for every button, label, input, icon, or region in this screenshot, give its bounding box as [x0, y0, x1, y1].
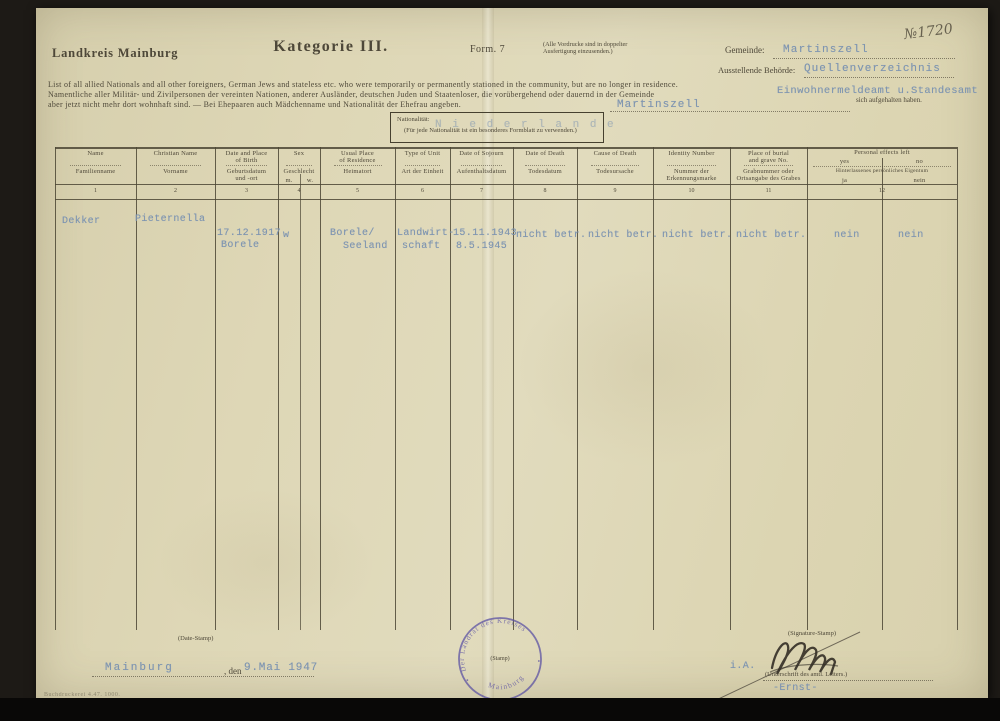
col-header-de: Familienname: [55, 168, 136, 175]
sex-w-label: w.: [300, 177, 320, 184]
table-vline: [730, 147, 731, 630]
svg-text:Der Landrat des Kreises: Der Landrat des Kreises: [450, 609, 535, 672]
col-number: 11: [730, 188, 807, 194]
sex-subdivider: [300, 174, 301, 630]
document-scan: Landkreis Mainburg Kategorie III. Form. …: [36, 8, 988, 698]
col-number: 3: [215, 188, 278, 194]
col-number: 12: [807, 188, 957, 194]
header-dotted-rule: [70, 165, 122, 166]
table-vline: [450, 147, 451, 630]
stamp-placeholder-label: (Stamp): [476, 656, 524, 662]
col-header-de: Grabnummer oder Ortsangabe des Grabes: [730, 168, 807, 183]
col-number: 1: [55, 188, 136, 194]
stamp-text-bottom: Mainburg: [485, 671, 527, 695]
col-header-en: Personal effects left: [807, 149, 957, 156]
signature-fill-line: [763, 680, 933, 681]
table-vline: [653, 147, 654, 630]
col-header-de: Nummer der Erkennungsmarke: [653, 168, 730, 183]
header-dotted-rule: [813, 166, 951, 167]
row-cell-name: Dekker: [62, 216, 100, 227]
col-number: 2: [136, 188, 215, 194]
row-cell-christian_name: Pieternella: [135, 214, 205, 225]
row-cell-residence1: Borele/: [330, 228, 375, 239]
col-header-de: Todesdatum: [513, 168, 577, 175]
col-number: 8: [513, 188, 577, 194]
col-header-en: Identity Number: [653, 150, 730, 157]
signed-name: -Ernst-: [773, 683, 818, 694]
col-header-nein: nein: [882, 177, 957, 184]
date-stamp-label: (Date-Stamp): [178, 635, 213, 642]
den-label: , den: [224, 666, 242, 676]
row-cell-unit1: Landwirt-: [397, 228, 455, 239]
signature-caption: (Unterschrift des amtl. Leiters.): [765, 671, 847, 678]
table-vline: [320, 147, 321, 630]
col-header-en: Cause of Death: [577, 150, 653, 157]
header-dotted-rule: [150, 165, 201, 166]
header-dotted-rule: [405, 165, 440, 166]
col-header-en: Place of burial and grave No.: [730, 150, 807, 165]
col-header-de: Hinterlassenes persönliches Eigentum: [807, 168, 957, 175]
table-hline: [55, 199, 957, 200]
ia-abbreviation: i.A.: [730, 661, 756, 672]
header-dotted-rule: [461, 165, 501, 166]
row-cell-effects_yes: nein: [834, 230, 860, 241]
record-table: NameFamilienname1Christian NameVorname2D…: [36, 8, 988, 698]
col-header-de: Vorname: [136, 168, 215, 175]
col-header-en: Name: [55, 150, 136, 157]
col-header-de: Art der Einheit: [395, 168, 450, 175]
col-header-ja: ja: [807, 177, 882, 184]
col-header-yes: yes: [807, 158, 882, 165]
row-cell-death_date: nicht betr.: [516, 230, 586, 241]
table-vline: [513, 147, 514, 630]
table-vline: [215, 147, 216, 630]
header-dotted-rule: [226, 165, 266, 166]
row-cell-unit2: schaft: [402, 241, 440, 252]
col-header-en: Sex: [278, 150, 320, 157]
header-dotted-rule: [591, 165, 640, 166]
svg-text:Mainburg: Mainburg: [485, 671, 527, 695]
col-header-en: Date of Sojourn: [450, 150, 513, 157]
row-cell-death_cause: nicht betr.: [588, 230, 658, 241]
row-cell-sojourn2: 8.5.1945: [456, 241, 507, 252]
stamp-text-top: Der Landrat des Kreises: [450, 609, 535, 672]
row-cell-effects_no: nein: [898, 230, 924, 241]
col-number: 9: [577, 188, 653, 194]
sex-m-label: m.: [278, 177, 300, 184]
header-dotted-rule: [667, 165, 716, 166]
col-header-de: Aufenthaltsdatum: [450, 168, 513, 175]
row-cell-identity_number: nicht betr.: [662, 230, 732, 241]
row-cell-sojourn1: 15.11.1943-: [453, 228, 523, 239]
table-vline: [577, 147, 578, 630]
col-header-no: no: [882, 158, 957, 165]
col-header-en: Date and Place of Birth: [215, 150, 278, 165]
place-date-fill-line: [92, 676, 314, 677]
table-vline: [278, 147, 279, 630]
table-vline: [807, 147, 808, 630]
col-header-en: Date of Death: [513, 150, 577, 157]
effects-subdivider: [882, 158, 883, 630]
col-header-de: Geburtsdatum und -ort: [215, 168, 278, 183]
header-dotted-rule: [286, 165, 313, 166]
col-number: 4: [278, 188, 320, 194]
official-round-stamp: Der Landrat des Kreises Mainburg: [450, 609, 550, 698]
col-header-en: Usual Place of Residence: [320, 150, 395, 165]
table-vline: [957, 147, 958, 630]
col-header-de: Heimatort: [320, 168, 395, 175]
col-number: 7: [450, 188, 513, 194]
table-vline: [55, 147, 56, 630]
row-cell-burial_place: nicht betr.: [736, 230, 806, 241]
table-vline: [395, 147, 396, 630]
col-number: 10: [653, 188, 730, 194]
col-number: 5: [320, 188, 395, 194]
col-number: 6: [395, 188, 450, 194]
col-header-en: Christian Name: [136, 150, 215, 157]
scan-edge-band: [0, 698, 1000, 721]
col-header-de: Geschlecht: [278, 168, 320, 175]
col-header-de: Todesursache: [577, 168, 653, 175]
header-dotted-rule: [334, 165, 382, 166]
row-cell-residence2: Seeland: [343, 241, 388, 252]
place-value: Mainburg: [105, 662, 174, 674]
col-header-en: Type of Unit: [395, 150, 450, 157]
row-cell-sex: w: [283, 230, 289, 241]
date-value: 9.Mai 1947: [244, 662, 318, 674]
header-dotted-rule: [525, 165, 566, 166]
header-dotted-rule: [744, 165, 793, 166]
row-cell-birth_place: Borele: [221, 240, 259, 251]
row-cell-birth_date: 17.12.1917: [217, 228, 281, 239]
